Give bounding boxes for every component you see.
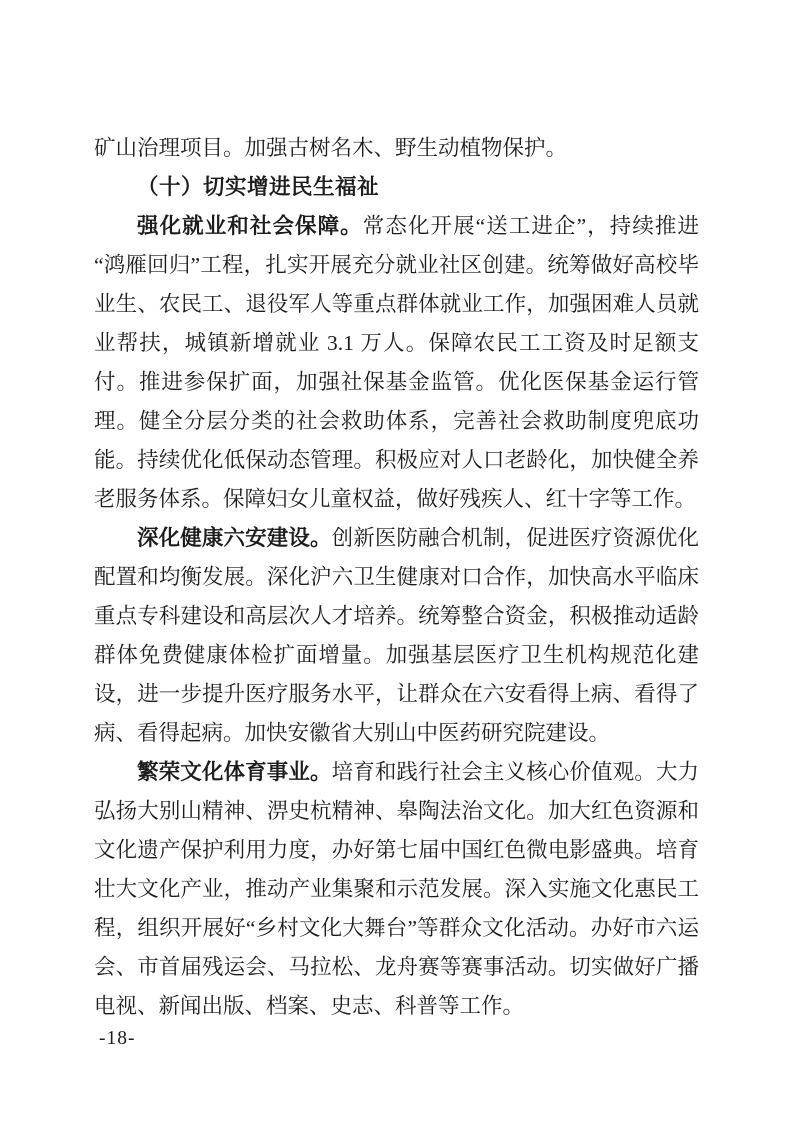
section-heading: （十）切实增进民生福祉	[94, 168, 699, 207]
paragraph: 繁荣文化体育事业。培育和践行社会主义核心价值观。大力弘扬大别山精神、淠史杭精神、…	[94, 753, 699, 1026]
page-number: -18-	[99, 1027, 136, 1051]
paragraph-lead: 强化就业和社会保障。	[137, 214, 363, 238]
paragraph: 强化就业和社会保障。常态化开展“送工进企”，持续推进“鸿雁回归”工程，扎实开展充…	[94, 207, 699, 519]
paragraph-lead: 繁荣文化体育事业。	[137, 760, 332, 784]
document-page: 矿山治理项目。加强古树名木、野生动植物保护。（十）切实增进民生福祉强化就业和社会…	[0, 0, 793, 1122]
document-body: 矿山治理项目。加强古树名木、野生动植物保护。（十）切实增进民生福祉强化就业和社会…	[94, 129, 699, 1026]
paragraph: 深化健康六安建设。创新医防融合机制，促进医疗资源优化配置和均衡发展。深化沪六卫生…	[94, 519, 699, 753]
paragraph-lead: 深化健康六安建设。	[137, 526, 332, 550]
paragraph: 矿山治理项目。加强古树名木、野生动植物保护。	[94, 129, 699, 168]
